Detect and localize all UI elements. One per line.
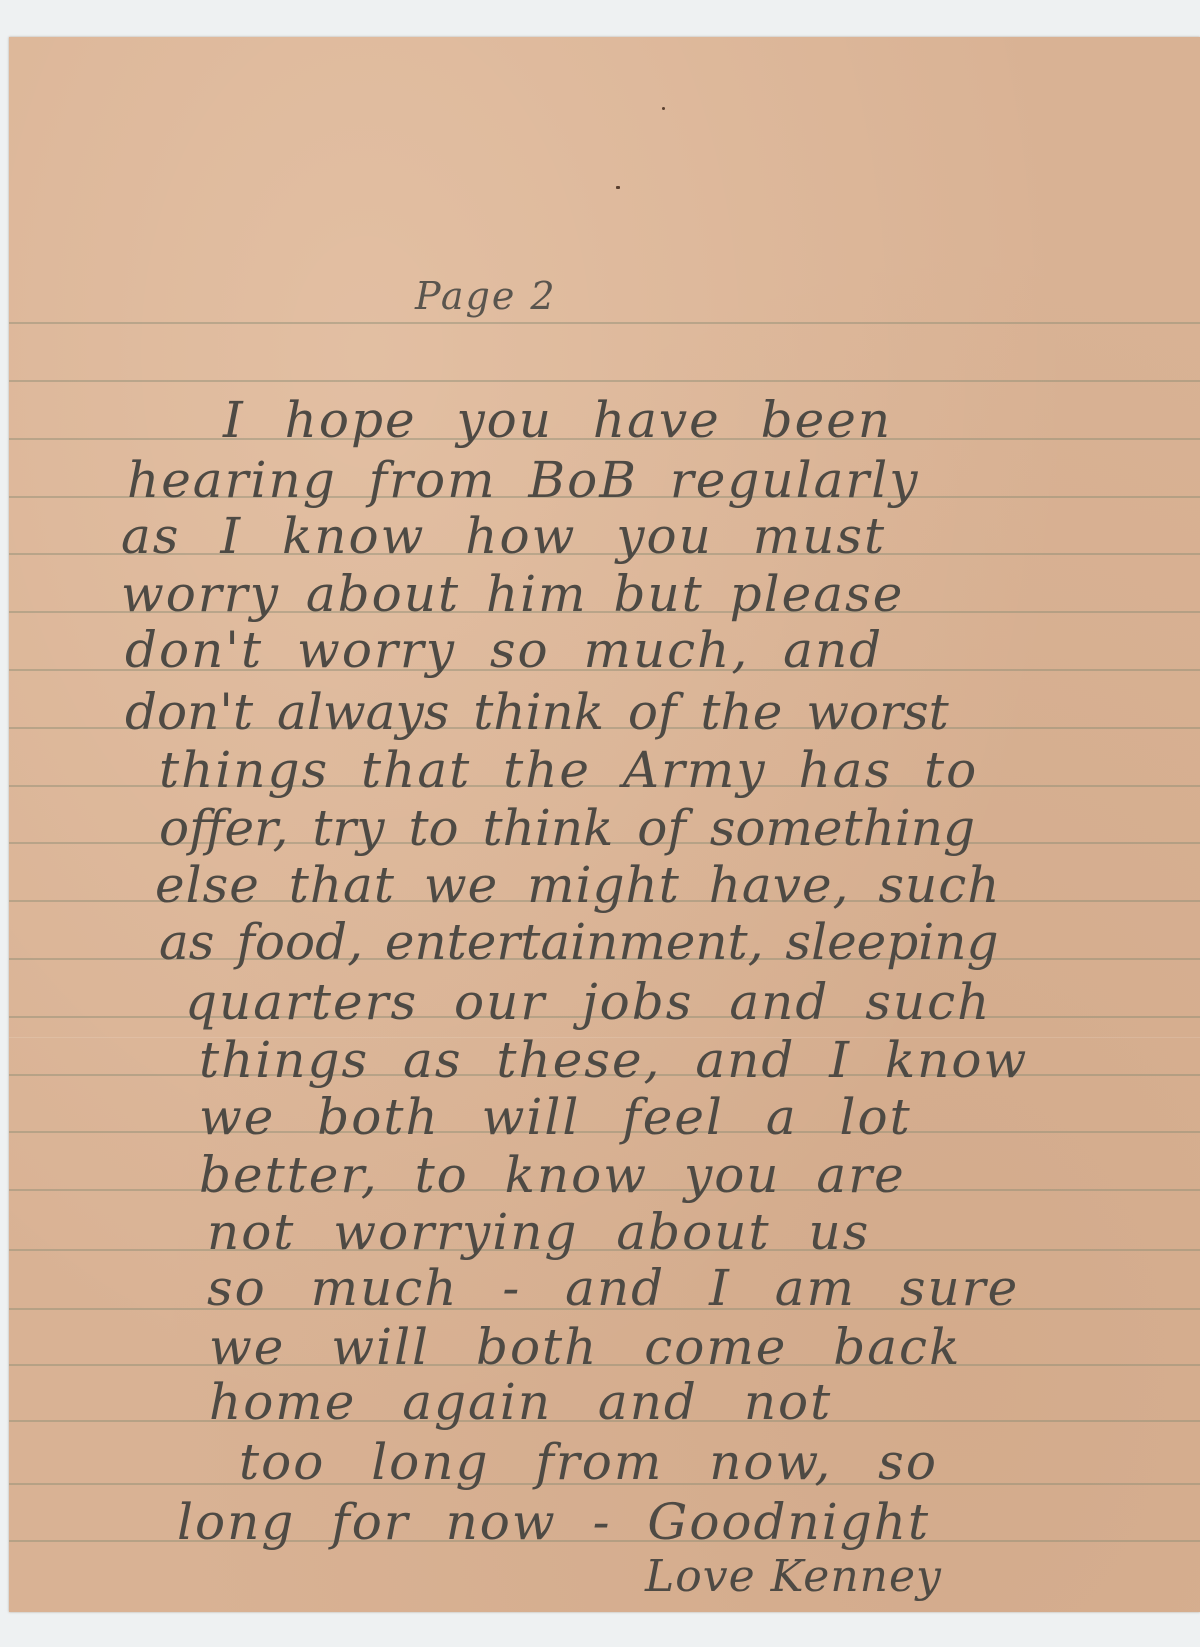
letter-line: worry about him but please — [121, 569, 904, 619]
letter-line: as food, entertainment, sleeping — [159, 917, 998, 967]
letter-line: things as these, and I know — [199, 1035, 1028, 1085]
letter-line: not worrying about us — [207, 1207, 870, 1257]
letter-line: I hope you have been — [223, 395, 892, 445]
letter-line: we both will feel a lot — [199, 1092, 912, 1142]
letter-line: things that the Army has to — [159, 745, 978, 795]
letter-line: home again and not — [209, 1377, 832, 1427]
ink-speck — [662, 107, 665, 110]
letter-line: long for now - Goodnight — [177, 1497, 930, 1547]
letter-line: so much - and I am sure — [207, 1263, 1019, 1313]
letter-line: don't worry so much, and — [125, 625, 883, 675]
letter-line: offer, try to think of something — [159, 803, 975, 853]
letter-line: we will both come back — [209, 1322, 961, 1372]
rule-line — [9, 322, 1200, 324]
rule-line — [9, 380, 1200, 382]
letter-page: Page 2 I hope you have been hearing from… — [9, 37, 1200, 1612]
ink-speck — [616, 186, 620, 189]
letter-line: quarters our jobs and such — [185, 977, 991, 1027]
letter-line: hearing from BoB regularly — [127, 455, 920, 505]
signature: Love Kenney — [645, 1555, 942, 1599]
letter-line: else that we might have, such — [155, 860, 1000, 910]
page-label: Page 2 — [415, 277, 557, 315]
letter-line: too long from now, so — [239, 1437, 938, 1487]
letter-line: don't always think of the worst — [125, 687, 949, 737]
letter-line: better, to know you are — [199, 1150, 906, 1200]
letter-line: as I know how you must — [121, 511, 886, 561]
